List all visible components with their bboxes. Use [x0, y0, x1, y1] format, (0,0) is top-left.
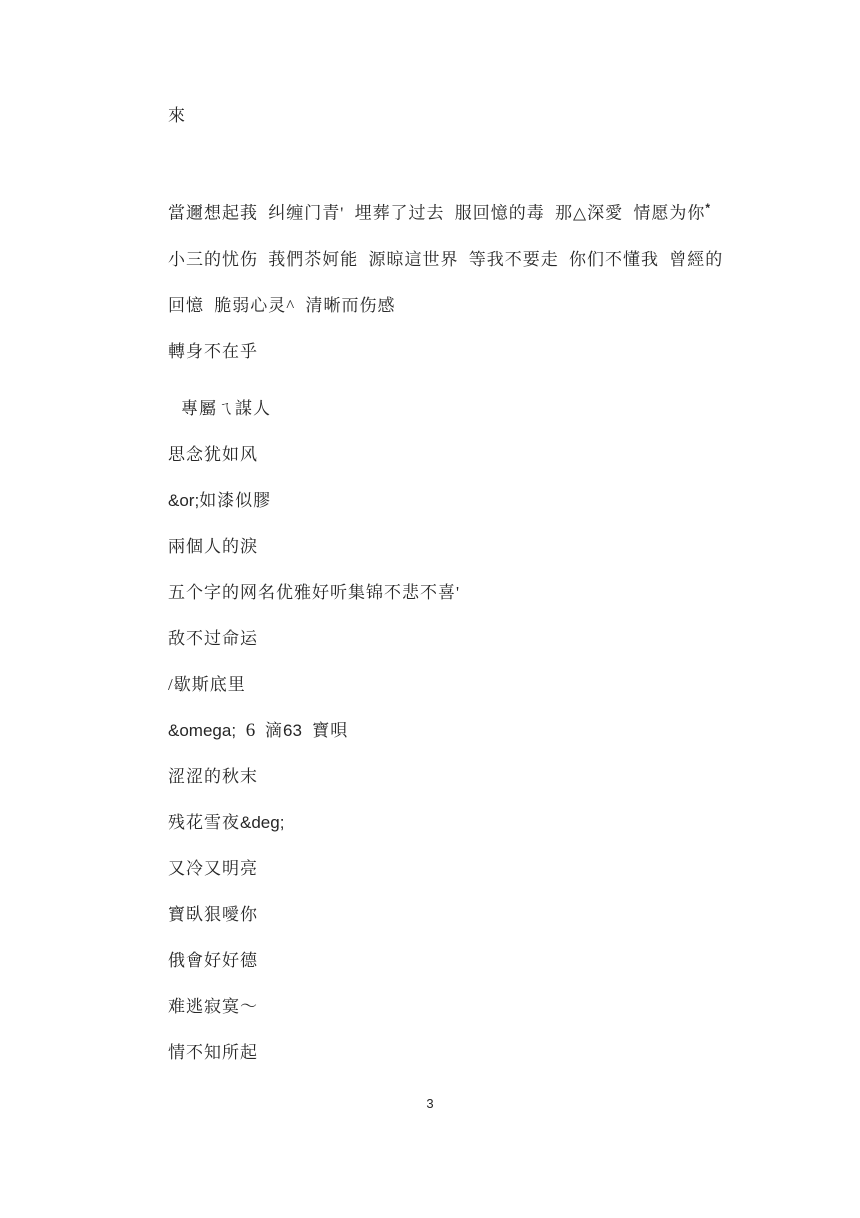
text-line: 俄會好好德 [168, 952, 720, 970]
text-line: 又冷又明亮 [168, 860, 720, 878]
text-line: &omega; 6 滴63 寶唄 [168, 722, 720, 740]
line-text: 當邇想起莪 纠缠门青' 埋葬了过去 服回憶的毒 那△深愛 情愿为你 [168, 204, 705, 223]
line-text: /歇斯底里 [168, 675, 246, 694]
line-text: 残花雪夜 [168, 813, 240, 832]
line-text: 小三的忧伤 莪們苶妸能 源晾這世界 等我不要走 你们不懂我 曾經的 [168, 250, 723, 269]
line-text: 兩個人的淚 [168, 537, 258, 556]
line-text: 涩涩的秋末 [168, 767, 258, 786]
text-line: 情不知所起 [168, 1044, 720, 1062]
text-line: 來 [168, 107, 720, 125]
text-line: 敌不过命运 [168, 630, 720, 648]
line-text: 五个字的网名优雅好听集锦不悲不喜' [168, 583, 460, 602]
text-line: 兩個人的淚 [168, 538, 720, 556]
entity-text: &omega; [168, 721, 236, 740]
line-text: 又冷又明亮 [168, 859, 258, 878]
text-line: /歇斯底里 [168, 676, 720, 694]
text-line: 小三的忧伤 莪們苶妸能 源晾這世界 等我不要走 你们不懂我 曾經的 [168, 251, 720, 269]
text-line: 當邇想起莪 纠缠门青' 埋葬了过去 服回憶的毒 那△深愛 情愿为你* [168, 199, 720, 223]
text-line: 涩涩的秋末 [168, 768, 720, 786]
text-line: 残花雪夜&deg; [168, 814, 720, 832]
text-line: 难逃寂寞～ [168, 998, 720, 1016]
document-page: 來 當邇想起莪 纠缠门青' 埋葬了过去 服回憶的毒 那△深愛 情愿为你* 小三的… [0, 0, 860, 1218]
line-text: 6 [236, 720, 265, 741]
page-number: 3 [0, 1096, 860, 1111]
line-text: 情不知所起 [168, 1043, 258, 1062]
line-text: 轉身不在乎 [168, 342, 258, 361]
text-line: &or;如漆似膠 [168, 492, 720, 510]
entity-text: &deg; [240, 813, 284, 832]
text-line: 寶臥狠噯你 [168, 906, 720, 924]
line-text: 專屬ㄟ謀人 [181, 399, 271, 418]
text-line: 思念犹如风 [168, 446, 720, 464]
entity-text: 63 [283, 721, 302, 740]
line-text: 寶臥狠噯你 [168, 905, 258, 924]
line-text: 滴 [265, 721, 283, 740]
superscript-asterisk: * [705, 201, 710, 215]
text-line: 五个字的网名优雅好听集锦不悲不喜' [168, 584, 720, 602]
line-text: 回憶 脆弱心灵^ 清晰而伤感 [168, 296, 395, 315]
line-text: 思念犹如风 [168, 445, 258, 464]
text-line: 回憶 脆弱心灵^ 清晰而伤感 [168, 297, 720, 315]
text-line: 專屬ㄟ謀人 [168, 400, 720, 418]
entity-text: &or; [168, 491, 199, 510]
line-text: 敌不过命运 [168, 629, 258, 648]
line-text: 來 [168, 106, 186, 125]
line-text: 俄會好好德 [168, 951, 258, 970]
line-text: 如漆似膠 [199, 491, 271, 510]
line-text: 难逃寂寞～ [168, 997, 258, 1016]
text-line: 轉身不在乎 [168, 343, 720, 361]
line-text: 寶唄 [302, 721, 348, 740]
